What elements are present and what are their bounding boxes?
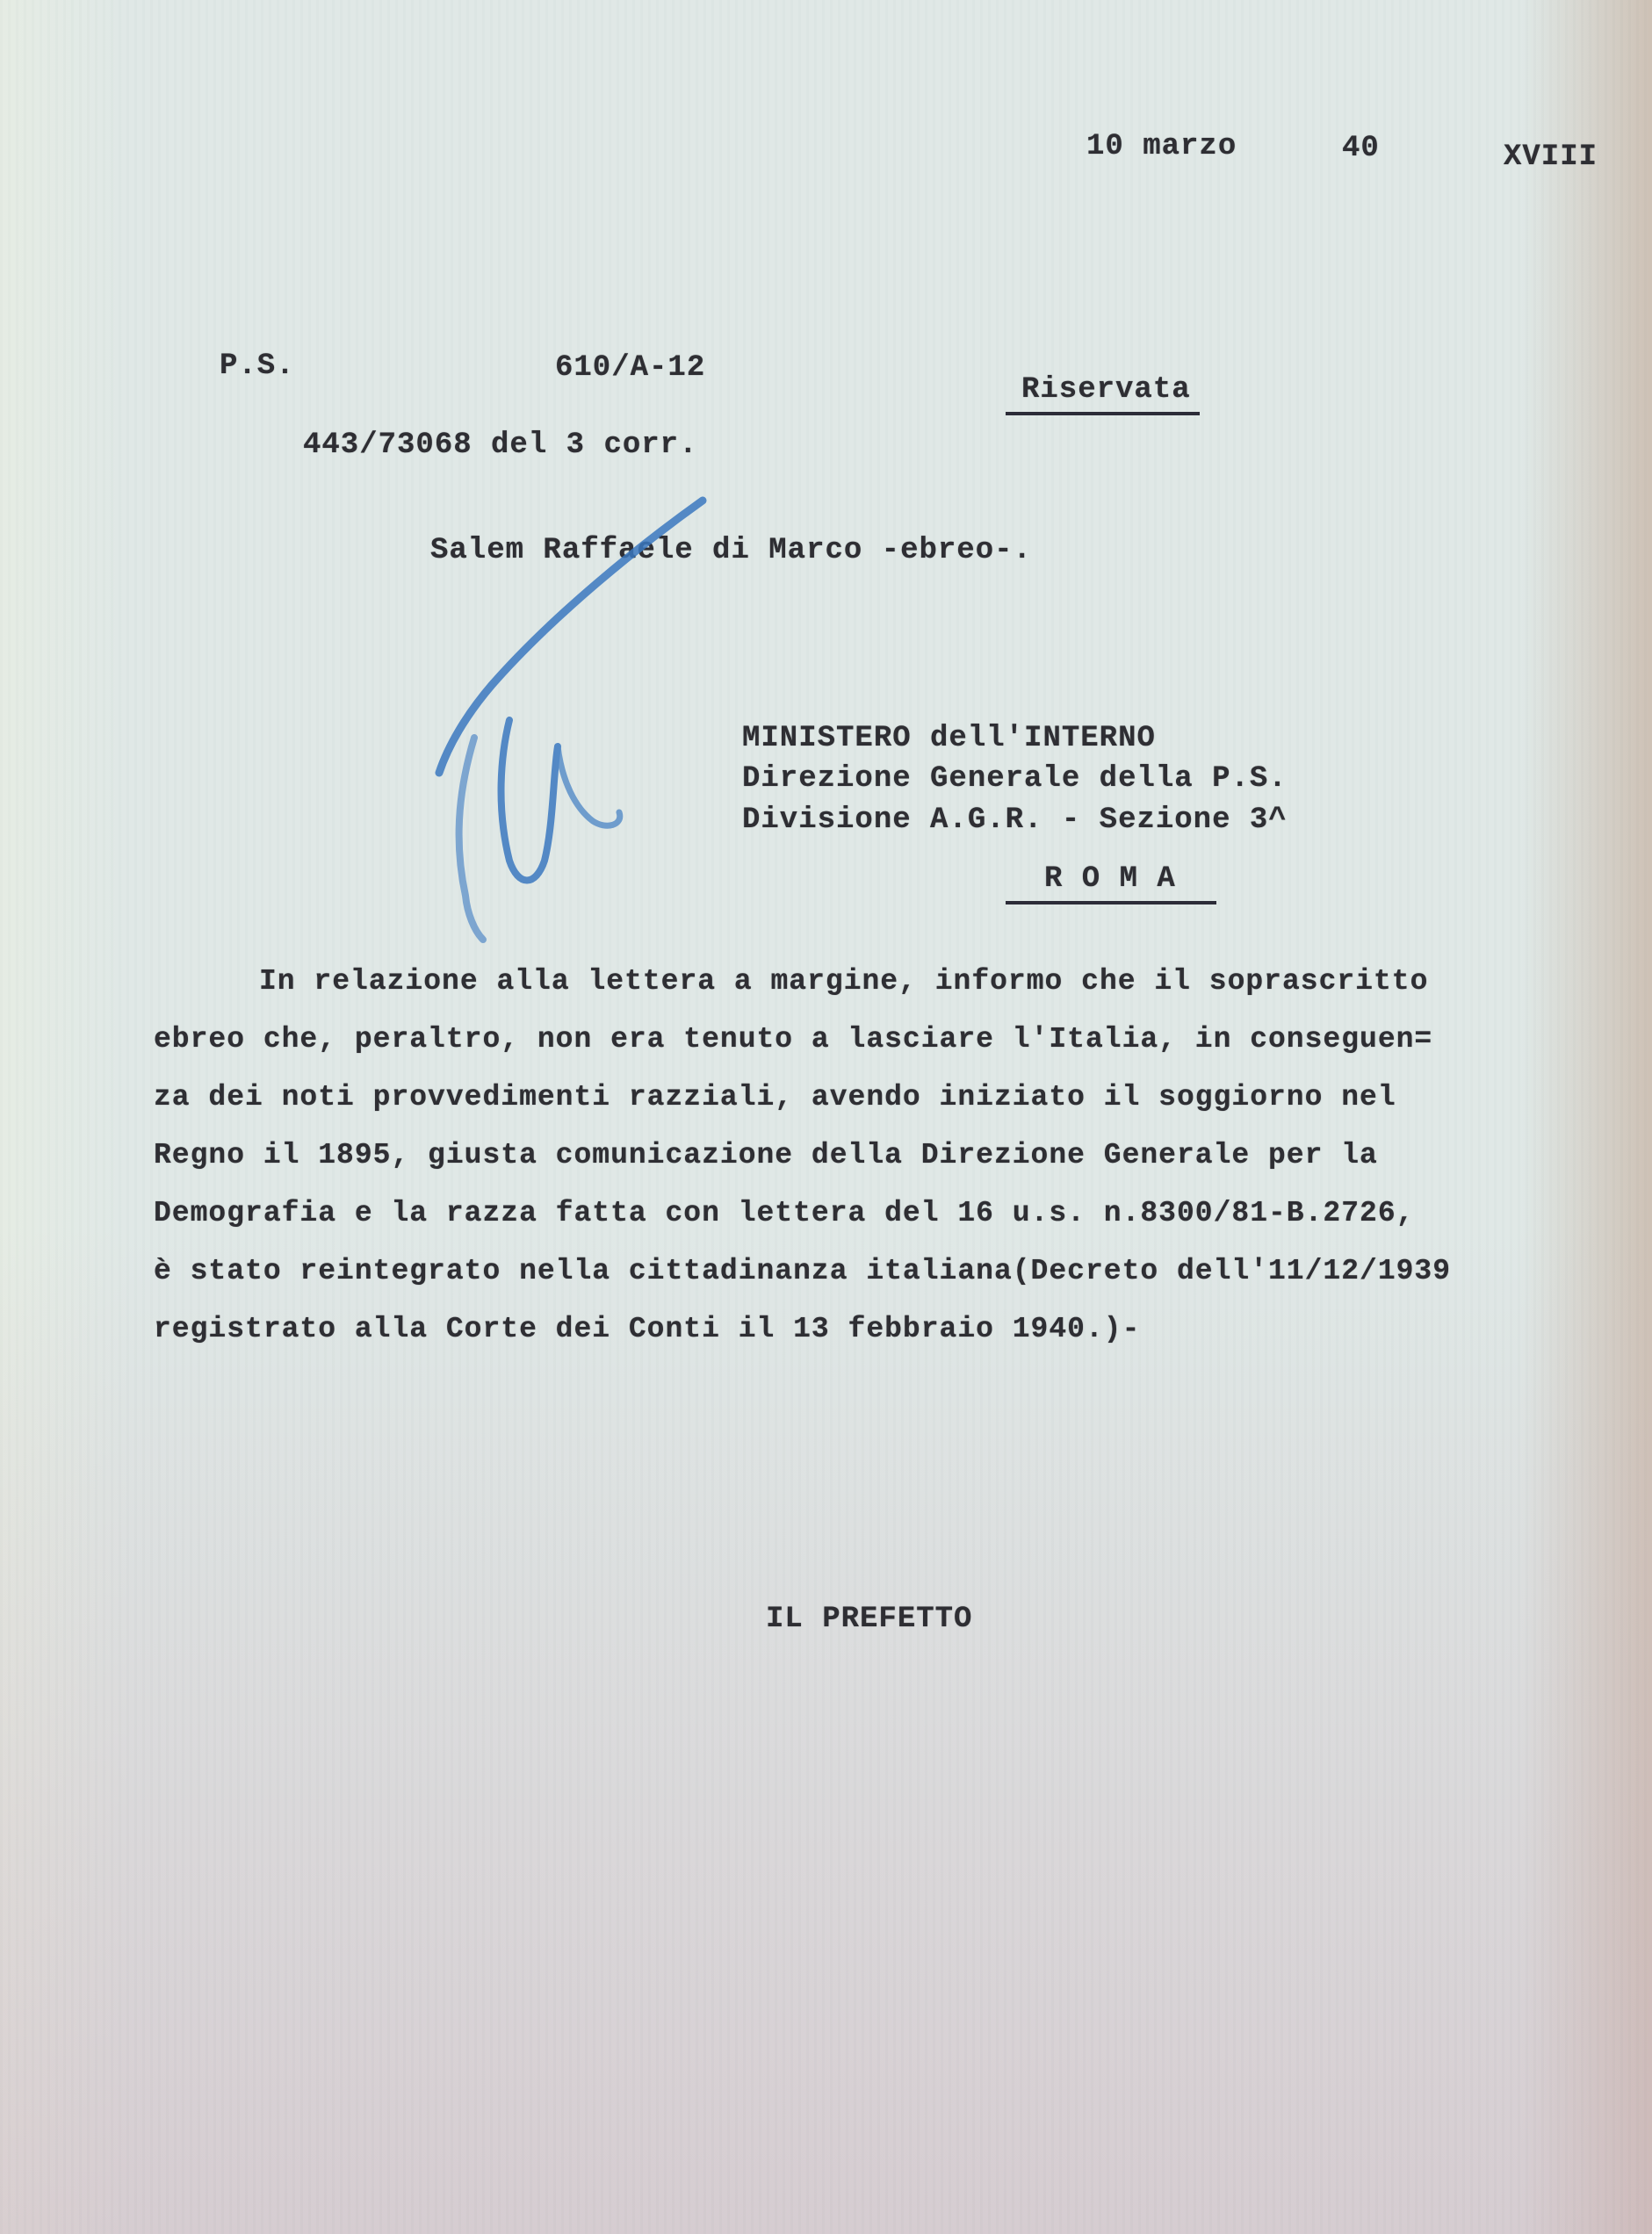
recipient-line-1: MINISTERO dell'INTERNO xyxy=(742,722,1156,755)
signature-title: IL PREFETTO xyxy=(766,1603,972,1636)
letter-body: In relazione alla lettera a margine, inf… xyxy=(154,953,1612,1358)
recipient-city: R O M A xyxy=(1006,862,1216,904)
date-day-month: 10 marzo xyxy=(1086,130,1237,163)
body-line: è stato reintegrato nella cittadinanza i… xyxy=(154,1243,1612,1301)
body-line: In relazione alla lettera a margine, inf… xyxy=(154,953,1612,1011)
recipient-line-2: Direzione Generale della P.S. xyxy=(742,762,1288,796)
body-line: Regno il 1895, giusta comunicazione dell… xyxy=(154,1127,1612,1185)
office-code: P.S. xyxy=(220,350,295,383)
body-line: registrato alla Corte dei Conti il 13 fe… xyxy=(154,1301,1612,1358)
recipient-line-3: Divisione A.G.R. - Sezione 3^ xyxy=(742,804,1288,837)
body-line: ebreo che, peraltro, non era tenuto a la… xyxy=(154,1011,1612,1069)
classification-label: Riservata xyxy=(1006,373,1200,415)
body-line: Demografia e la razza fatta con lettera … xyxy=(154,1185,1612,1243)
file-number: 610/A-12 xyxy=(555,351,705,385)
subject-line: Salem Raffaele di Marco -ebreo-. xyxy=(430,534,1032,567)
date-year: 40 xyxy=(1342,132,1380,165)
date-era-year: XVIII xyxy=(1504,141,1598,174)
prior-letter-reference: 443/73068 del 3 corr. xyxy=(303,429,697,462)
body-line: za dei noti provvedimenti razziali, aven… xyxy=(154,1069,1612,1127)
